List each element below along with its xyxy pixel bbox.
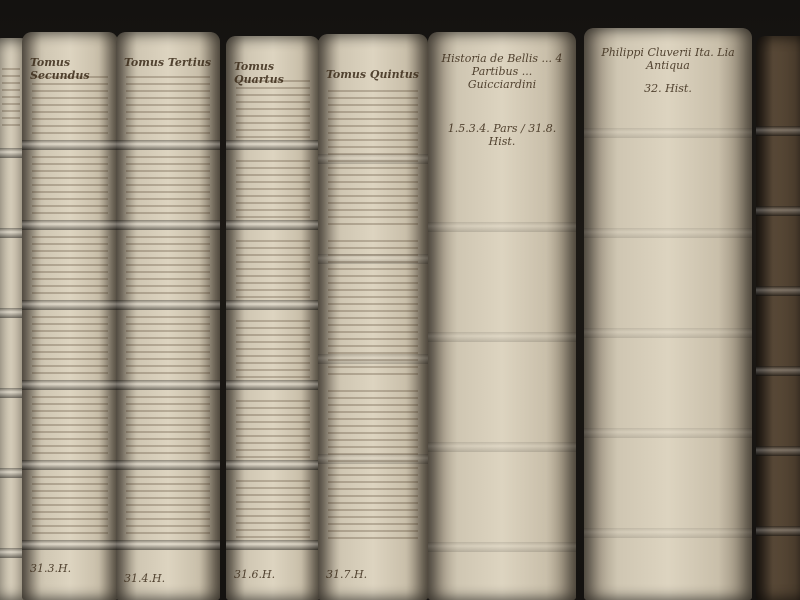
spine-number: 31.7.H.	[326, 568, 420, 581]
spine-number: 31.3.H.	[30, 562, 110, 575]
spine-number: 1.5.3.4. Pars / 31.8. Hist.	[436, 122, 568, 148]
book-spine-6: Historia de Bellis ... 4 Partibus ... Gu…	[428, 32, 576, 600]
book-spine-2: Tomus Secundus 31.3.H.	[22, 32, 118, 600]
spine-title: Historia de Bellis ... 4 Partibus ... Gu…	[436, 52, 568, 91]
spine-title: Tomus Quintus	[326, 68, 420, 81]
book-spine-7: Philippi Cluverii Ita. Lia Antiqua 32. H…	[584, 28, 752, 600]
book-spine-4: Tomus Quartus 31.6.H.	[226, 36, 320, 600]
spine-number: 31.6.H.	[234, 568, 312, 581]
book-spine-8	[756, 36, 800, 600]
spine-title: Tomus Tertius	[124, 56, 212, 69]
bookshelf-photo: Tomus Secundus 31.3.H. Tomus Tertius 31.…	[0, 0, 800, 600]
book-spine-3: Tomus Tertius 31.4.H.	[116, 32, 220, 600]
spine-number: 31.4.H.	[124, 572, 212, 585]
spine-title: Philippi Cluverii Ita. Lia Antiqua	[592, 46, 744, 72]
book-spine-5: Tomus Quintus 31.7.H.	[318, 34, 428, 600]
spine-number: 32. Hist.	[592, 82, 744, 95]
